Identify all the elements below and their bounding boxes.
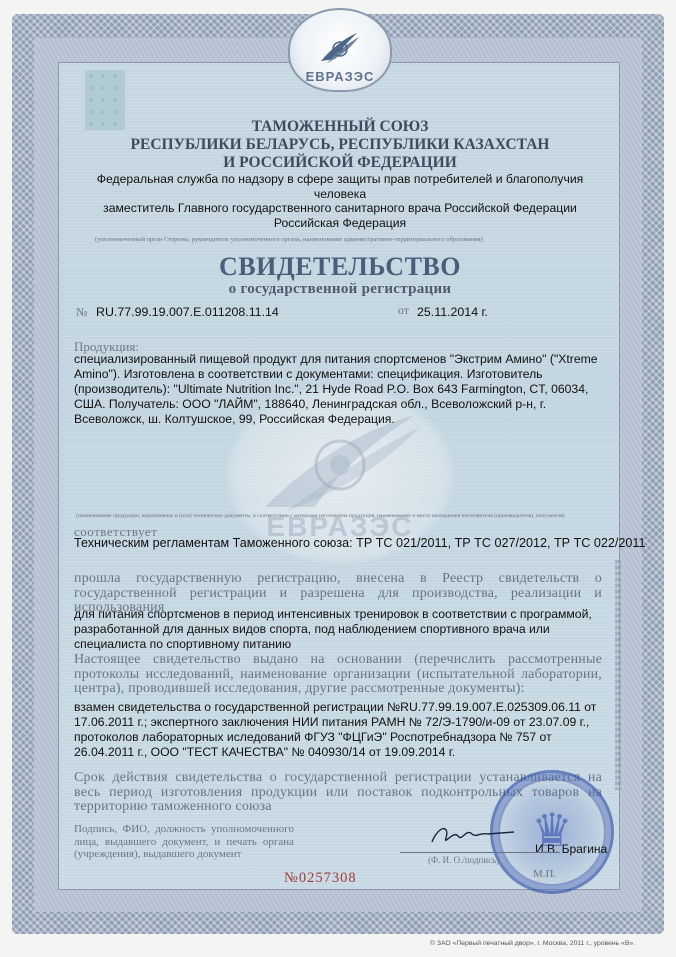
printer-imprint: © ЗАО «Первый печатный двор», г. Москва,…: [430, 940, 635, 947]
number-label: №: [76, 305, 87, 320]
form-serial-number: №0257308: [284, 870, 357, 887]
emblem-label: ЕВРАЗЭС: [306, 69, 375, 84]
heading-line: РЕСПУБЛИКИ БЕЛАРУСЬ, РЕСПУБЛИКИ КАЗАХСТА…: [90, 136, 590, 154]
eurasec-emblem: ЕВРАЗЭС: [288, 8, 392, 92]
certificate-number: RU.77.99.19.007.Е.011208.11.14: [96, 305, 279, 319]
signature-line-caption: (Ф. И. О./подпись): [428, 855, 499, 865]
signature-line: [400, 852, 560, 853]
customs-union-heading: ТАМОЖЕННЫЙ СОЮЗ РЕСПУБЛИКИ БЕЛАРУСЬ, РЕС…: [90, 118, 590, 172]
technical-regulations: Техническим регламентам Таможенного союз…: [74, 536, 645, 550]
seal-label: М.П.: [533, 868, 556, 880]
authority-caption: (уполномоченный орган Стороны, руководит…: [95, 236, 483, 243]
basis-statement: Настоящее свидетельство выдано на основа…: [74, 653, 602, 697]
certificate-title: СВИДЕТЕЛЬСТВО: [90, 252, 590, 282]
product-caption: (наименование продукции, нормативные и (…: [76, 513, 565, 519]
heading-line: ТАМОЖЕННЫЙ СОЮЗ: [90, 118, 590, 136]
usage-conditions: для питания спортсменов в период интенси…: [74, 607, 604, 652]
product-description: специализированный пищевой продукт для п…: [74, 352, 604, 427]
authority-line: Российская Федерация: [70, 216, 610, 231]
issuing-authority: Федеральная служба по надзору в сфере за…: [70, 172, 610, 230]
authority-line: заместитель Главного государственного са…: [70, 201, 610, 216]
certificate-date: 25.11.2014 г.: [417, 305, 488, 319]
basis-documents: взамен свидетельства о государственной р…: [74, 700, 604, 760]
signer-name: И.В. Брагина: [535, 842, 607, 856]
date-label: от: [398, 303, 409, 318]
security-strip: [615, 560, 621, 790]
certificate-subtitle: о государственной регистрации: [90, 281, 590, 298]
heading-line: И РОССИЙСКОЙ ФЕДЕРАЦИИ: [90, 154, 590, 172]
eurasec-logo-icon: [317, 29, 363, 67]
handwritten-signature: [428, 820, 518, 850]
authority-line: Федеральная служба по надзору в сфере за…: [70, 172, 610, 201]
signature-caption: Подпись, ФИО, должность уполномоченного …: [74, 823, 294, 861]
